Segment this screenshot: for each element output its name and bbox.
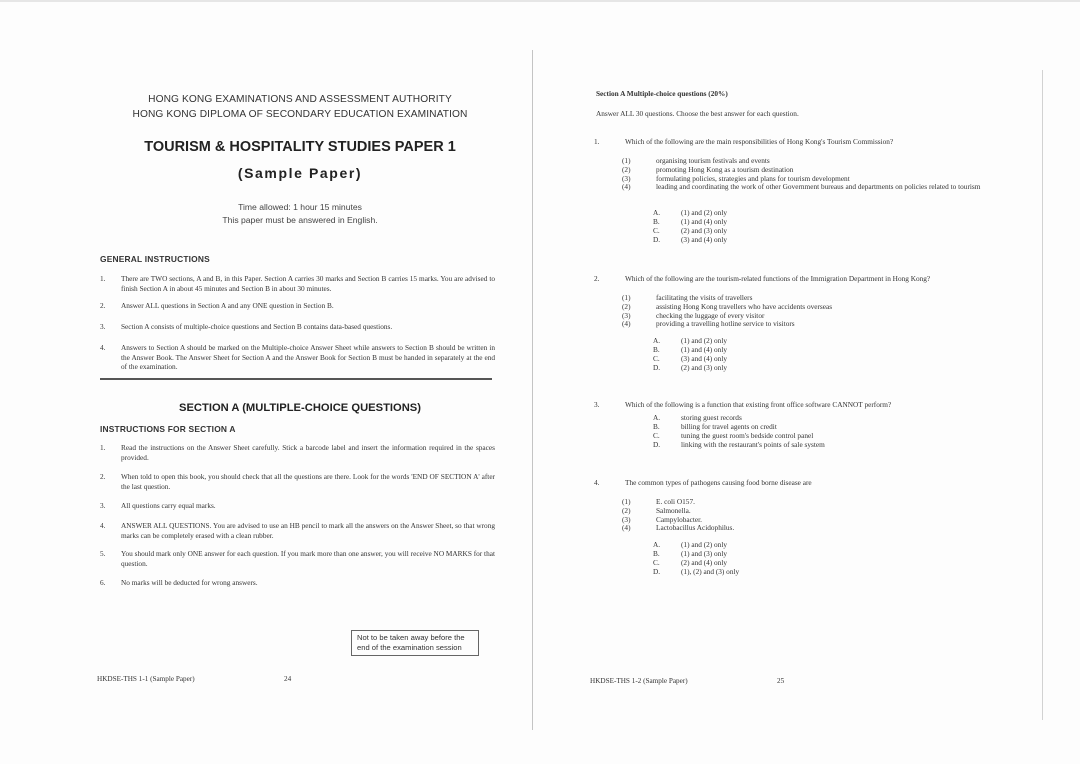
item-number: 5. <box>100 549 118 559</box>
section-a-title: Section A Multiple-choice questions (20%… <box>596 89 728 98</box>
notice-box: Not to be taken away before the end of t… <box>351 630 479 656</box>
section-instruction: 5.You should mark only ONE answer for ea… <box>100 549 495 568</box>
statement-text: Lactobacillus Acidophilus. <box>656 524 996 533</box>
general-instruction: 1.There are TWO sections, A and B, in th… <box>100 274 495 293</box>
answer-option: D.(1), (2) and (3) only <box>653 568 739 577</box>
general-instruction: 3.Section A consists of multiple-choice … <box>100 322 495 332</box>
option-text: (1) and (3) only <box>681 549 727 558</box>
question-text: Which of the following are the main resp… <box>625 137 893 147</box>
answer-instruction: Answer ALL 30 questions. Choose the best… <box>596 109 799 118</box>
question-stem: 1.Which of the following are the main re… <box>594 137 893 147</box>
option-text: (3) and (4) only <box>681 235 727 244</box>
item-text: ANSWER ALL QUESTIONS. You are advised to… <box>121 521 495 540</box>
item-number: 3. <box>100 322 118 332</box>
statement-text: E. coli O157. <box>656 498 996 507</box>
section-instruction: 1.Read the instructions on the Answer Sh… <box>100 443 495 462</box>
general-instructions-heading: GENERAL INSTRUCTIONS <box>100 254 210 264</box>
answer-options: A.(1) and (2) onlyB.(1) and (4) onlyC.(3… <box>653 337 727 373</box>
section-instruction: 3.All questions carry equal marks. <box>100 501 495 511</box>
question-statements: (1)facilitating the visits of travellers… <box>622 294 996 329</box>
option-text: (1) and (4) only <box>681 345 727 354</box>
item-number: 2. <box>100 301 118 311</box>
item-number: 1. <box>100 274 118 284</box>
option-text: (2) and (4) only <box>681 558 727 567</box>
item-number: 6. <box>100 578 118 588</box>
option-text: (2) and (3) only <box>681 363 727 372</box>
option-text: tuning the guest room's bedside control … <box>681 431 813 440</box>
section-instruction: 4.ANSWER ALL QUESTIONS. You are advised … <box>100 521 495 540</box>
answer-options: A.storing guest recordsB.billing for tra… <box>653 414 825 450</box>
statement-number: (4) <box>622 183 631 192</box>
item-number: 3. <box>100 501 118 511</box>
question-number: 4. <box>594 478 599 488</box>
item-text: There are TWO sections, A and B, in this… <box>121 274 495 293</box>
statement-number: (4) <box>622 320 631 329</box>
item-number: 4. <box>100 521 118 531</box>
statement-text: leading and coordinating the work of oth… <box>656 183 996 192</box>
item-text: All questions carry equal marks. <box>121 501 495 511</box>
paper-title: TOURISM & HOSPITALITY STUDIES PAPER 1 <box>100 139 500 155</box>
item-text: Section A consists of multiple-choice qu… <box>121 322 495 332</box>
paper-subtitle: (Sample Paper) <box>100 165 500 181</box>
general-instruction: 2.Answer ALL questions in Section A and … <box>100 301 495 311</box>
option-text: (1) and (2) only <box>681 540 727 549</box>
statement: (4)leading and coordinating the work of … <box>622 183 996 192</box>
left-page-number: 24 <box>284 675 291 683</box>
exam-name: HONG KONG DIPLOMA OF SECONDARY EDUCATION… <box>100 109 500 120</box>
option-text: (3) and (4) only <box>681 354 727 363</box>
question-text: Which of the following are the tourism-r… <box>625 274 930 284</box>
option-letter: D. <box>653 364 660 373</box>
option-text: linking with the restaurant's points of … <box>681 440 825 449</box>
statement: (4)providing a travelling hotline servic… <box>622 320 996 329</box>
statement: (4)Lactobacillus Acidophilus. <box>622 524 996 533</box>
general-instruction: 4.Answers to Section A should be marked … <box>100 343 495 372</box>
scan-top-edge <box>0 0 1080 2</box>
question-text: Which of the following is a function tha… <box>625 400 891 410</box>
answer-option: D.(2) and (3) only <box>653 364 727 373</box>
statement-text: Salmonella. <box>656 507 996 516</box>
right-footer-code: HKDSE-THS 1-2 (Sample Paper) <box>590 677 688 685</box>
item-number: 1. <box>100 443 118 453</box>
option-text: storing guest records <box>681 413 742 422</box>
authority-name: HONG KONG EXAMINATIONS AND ASSESSMENT AU… <box>100 94 500 105</box>
item-text: No marks will be deducted for wrong answ… <box>121 578 495 588</box>
item-number: 4. <box>100 343 118 353</box>
language-note: This paper must be answered in English. <box>100 215 500 225</box>
section-instruction: 6.No marks will be deducted for wrong an… <box>100 578 495 588</box>
answer-option: D.linking with the restaurant's points o… <box>653 441 825 450</box>
left-footer-code: HKDSE-THS 1-1 (Sample Paper) <box>97 675 195 683</box>
question-number: 1. <box>594 137 599 147</box>
item-text: When told to open this book, you should … <box>121 472 495 491</box>
question-statements: (1)organising tourism festivals and even… <box>622 157 996 192</box>
page-edge <box>1042 70 1043 720</box>
option-text: (1) and (2) only <box>681 336 727 345</box>
option-text: billing for travel agents on credit <box>681 422 777 431</box>
answer-options: A.(1) and (2) onlyB.(1) and (3) onlyC.(2… <box>653 541 739 577</box>
answer-option: D.(3) and (4) only <box>653 236 727 245</box>
option-text: (1) and (4) only <box>681 217 727 226</box>
question-stem: 2.Which of the following are the tourism… <box>594 274 930 284</box>
time-allowed: Time allowed: 1 hour 15 minutes <box>100 202 500 212</box>
page-divider <box>532 50 533 730</box>
item-text: Answers to Section A should be marked on… <box>121 343 495 372</box>
statement-number: (4) <box>622 524 631 533</box>
item-number: 2. <box>100 472 118 482</box>
question-text: The common types of pathogens causing fo… <box>625 478 812 488</box>
item-text: Read the instructions on the Answer Shee… <box>121 443 495 462</box>
section-rule <box>100 378 492 380</box>
question-statements: (1)E. coli O157.(2)Salmonella.(3)Campylo… <box>622 498 996 533</box>
option-letter: D. <box>653 441 660 450</box>
option-text: (1) and (2) only <box>681 208 727 217</box>
option-letter: D. <box>653 236 660 245</box>
section-instruction: 2.When told to open this book, you shoul… <box>100 472 495 491</box>
question-number: 3. <box>594 400 599 410</box>
right-page-number: 25 <box>777 677 784 685</box>
section-a-heading: SECTION A (MULTIPLE-CHOICE QUESTIONS) <box>100 402 500 414</box>
item-text: You should mark only ONE answer for each… <box>121 549 495 568</box>
item-text: Answer ALL questions in Section A and an… <box>121 301 495 311</box>
option-letter: D. <box>653 568 660 577</box>
section-a-instructions-heading: INSTRUCTIONS FOR SECTION A <box>100 424 236 434</box>
option-text: (1), (2) and (3) only <box>681 567 739 576</box>
statement-text: providing a travelling hotline service t… <box>656 320 996 329</box>
option-text: (2) and (3) only <box>681 226 727 235</box>
question-number: 2. <box>594 274 599 284</box>
question-stem: 4.The common types of pathogens causing … <box>594 478 812 488</box>
question-stem: 3.Which of the following is a function t… <box>594 400 891 410</box>
answer-options: A.(1) and (2) onlyB.(1) and (4) onlyC.(2… <box>653 209 727 245</box>
